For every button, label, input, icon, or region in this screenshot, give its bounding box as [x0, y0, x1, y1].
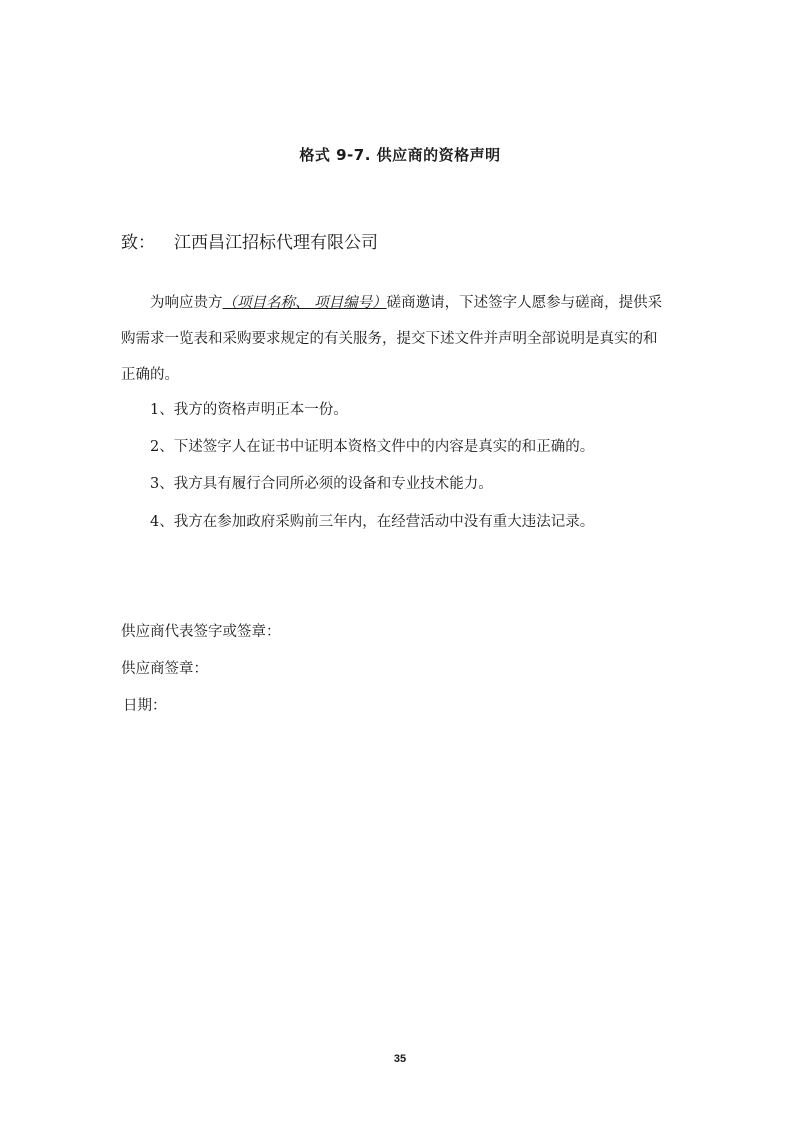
intro-before: 为响应贵方 — [150, 295, 223, 311]
supplier-seal-label: 供应商签章： — [121, 657, 208, 678]
list-item: 3、我方具有履行合同所必须的设备和专业技术能力。 — [150, 472, 493, 493]
project-placeholder: （项目名称、 项目编号） — [223, 295, 387, 311]
page-number: 35 — [0, 1053, 800, 1065]
intro-line3: 正确的。 — [121, 367, 179, 383]
representative-signature-label: 供应商代表签字或签章： — [121, 620, 281, 641]
list-item: 1、我方的资格声明正本一份。 — [150, 398, 348, 419]
document-title: 格式 9-7. 供应商的资格声明 — [0, 144, 800, 165]
addressee-name: 江西昌江招标代理有限公司 — [174, 233, 378, 253]
addressee-line: 致：江西昌江招标代理有限公司 — [121, 228, 378, 253]
date-label: 日期： — [123, 694, 167, 715]
addressee-label: 致： — [121, 228, 174, 253]
list-item: 4、我方在参加政府采购前三年内，在经营活动中没有重大违法记录。 — [150, 510, 594, 531]
intro-paragraph: 为响应贵方（项目名称、 项目编号）磋商邀请，下述签字人愿参与磋商，提供采 购需求… — [121, 285, 721, 393]
list-item: 2、下述签字人在证书中证明本资格文件中的内容是真实的和正确的。 — [150, 435, 594, 456]
intro-after: 磋商邀请，下述签字人愿参与磋商，提供采 — [387, 295, 663, 311]
intro-line2: 购需求一览表和采购要求规定的有关服务，提交下述文件并声明全部说明是真实的和 — [121, 331, 658, 347]
